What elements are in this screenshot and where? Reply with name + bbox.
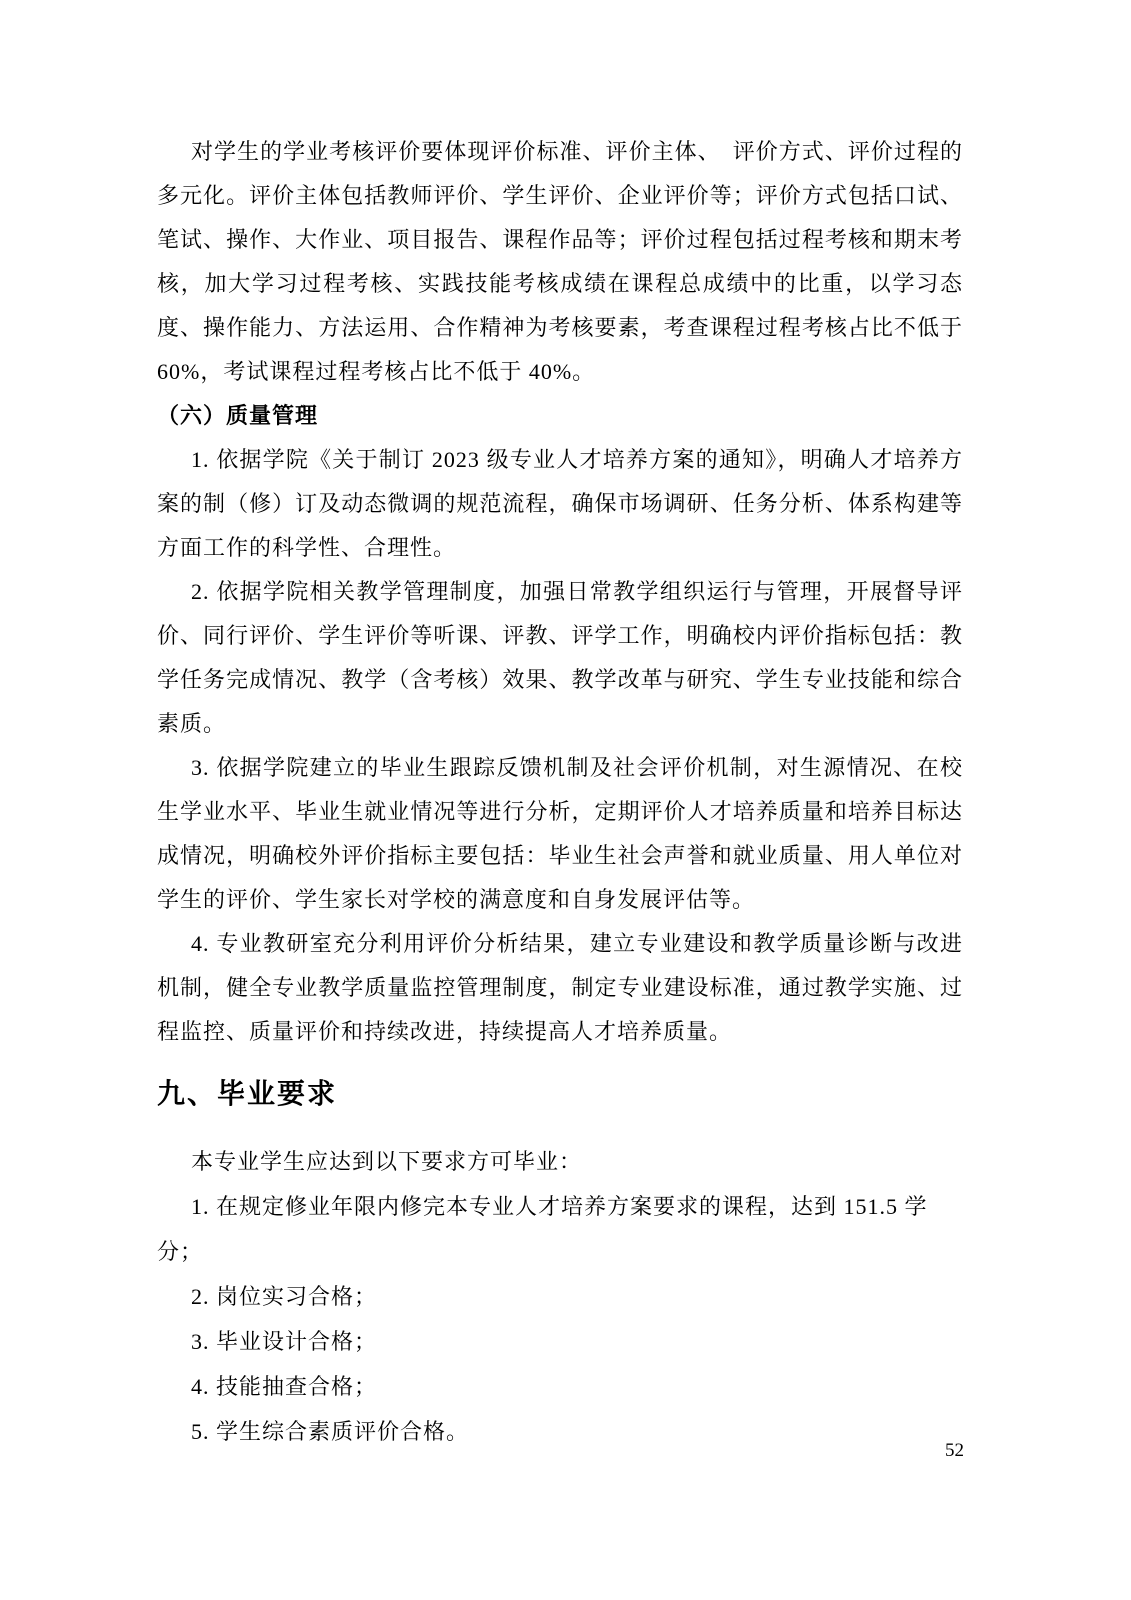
section-heading-graduation-requirements: 九、毕业要求 (157, 1070, 963, 1118)
graduation-item-1: 1. 在规定修业年限内修完本专业人才培养方案要求的课程，达到 151.5 学分； (157, 1184, 963, 1274)
quality-item-4: 4. 专业教研室充分利用评价分析结果，建立专业建设和教学质量诊断与改进机制，健全… (157, 922, 963, 1054)
document-page: 对学生的学业考核评价要体现评价标准、评价主体、 评价方式、评价过程的多元化。评价… (0, 0, 1131, 1600)
graduation-item-4: 4. 技能抽查合格； (157, 1364, 963, 1409)
graduation-item-3: 3. 毕业设计合格； (157, 1319, 963, 1364)
quality-item-1: 1. 依据学院《关于制订 2023 级专业人才培养方案的通知》，明确人才培养方案… (157, 438, 963, 570)
assessment-paragraph: 对学生的学业考核评价要体现评价标准、评价主体、 评价方式、评价过程的多元化。评价… (157, 130, 963, 394)
quality-item-3: 3. 依据学院建立的毕业生跟踪反馈机制及社会评价机制，对生源情况、在校生学业水平… (157, 746, 963, 922)
page-content: 对学生的学业考核评价要体现评价标准、评价主体、 评价方式、评价过程的多元化。评价… (157, 130, 963, 1454)
graduation-intro: 本专业学生应达到以下要求方可毕业： (157, 1139, 963, 1184)
quality-item-2: 2. 依据学院相关教学管理制度，加强日常教学组织运行与管理，开展督导评价、同行评… (157, 570, 963, 746)
section-heading-quality-management: （六）质量管理 (157, 394, 963, 438)
graduation-item-2: 2. 岗位实习合格； (157, 1274, 963, 1319)
graduation-item-5: 5. 学生综合素质评价合格。 (157, 1409, 963, 1454)
page-number: 52 (945, 1438, 964, 1464)
